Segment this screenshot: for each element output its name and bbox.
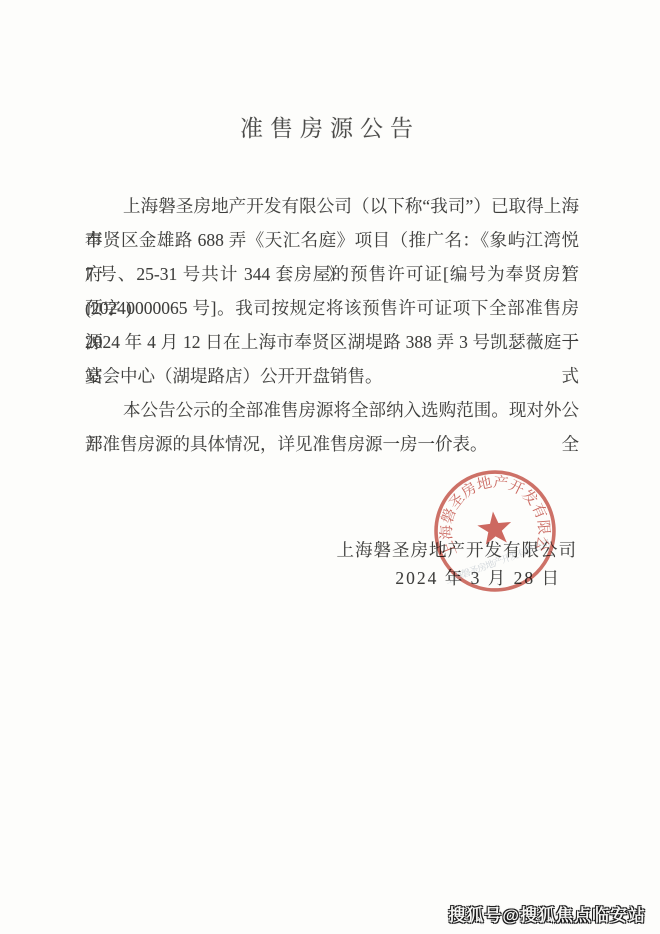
seal-ghost-text: 上海磐圣房地产开发有限公司: [444, 537, 552, 586]
body-line: 7 号、25-31 号共计 344 套房屋的预售许可证[编号为奉贤房管(2024…: [85, 257, 579, 291]
notice-body: 上海磐圣房地产开发有限公司（以下称“我司”）已取得上海市 奉贤区金雄路 688 …: [85, 189, 579, 461]
scanned-notice-page: 准售房源公告 上海磐圣房地产开发有限公司（以下称“我司”）已取得上海市 奉贤区金…: [0, 0, 660, 934]
body-line: 本公告公示的全部准售房源将全部纳入选购范围。现对外公开全: [85, 393, 579, 427]
red-star-icon: [476, 510, 513, 546]
body-line: 预字 0000065 号]。我司按规定将该预售许可证项下全部准售房源于: [85, 291, 579, 325]
body-line: 奉贤区金雄路 688 弄《天汇名庭》项目（推广名：《象屿江湾悦府》）: [85, 223, 579, 257]
page-title: 准售房源公告: [0, 110, 660, 143]
body-line: 上海磐圣房地产开发有限公司（以下称“我司”）已取得上海市: [85, 189, 579, 223]
watermark-sohu: 搜狐号@搜狐焦点临安站: [448, 901, 646, 926]
company-seal: 上海磐圣房地产开发有限公司 上海磐圣房地产开发有限公司: [421, 457, 568, 604]
body-line: 2024 年 4 月 12 日在上海市奉贤区湖堤路 388 弄 3 号凯瑟薇庭一…: [85, 325, 579, 359]
